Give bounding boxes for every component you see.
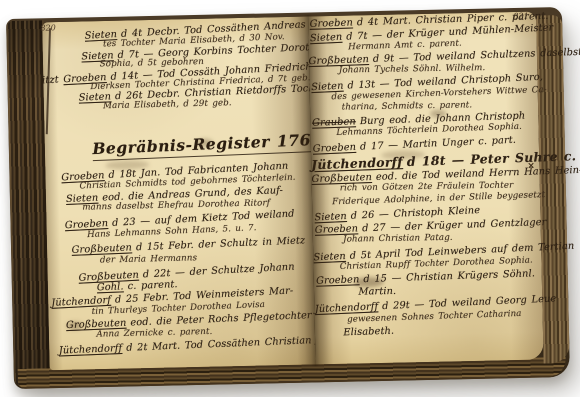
right-page-text: 821 × Groebend 4t Mart. Christian Piper …	[307, 11, 544, 365]
register-entry-line: Maria Elisabeth, d 29t geb.	[103, 99, 232, 112]
register-entry-line: Anna Zernicke c. parent.	[96, 328, 212, 340]
entry-text: d 17 — Martin Unger c. part.	[360, 135, 516, 153]
page-number-left: 820	[40, 23, 56, 32]
entry-text: der Maria Hermanns	[100, 253, 197, 265]
register-entry-line: Johann Christian Patag.	[343, 234, 453, 245]
entry-text: Maria Elisabeth, d 29t geb.	[103, 98, 232, 111]
entry-text: Johann Tychels Söhnl. Wilhelm.	[339, 63, 486, 75]
entry-text: d 15t Febr. der Schultz in Mietz	[136, 235, 306, 253]
place-name: Jütchendorff	[59, 343, 127, 357]
entry-text: c. parent.	[127, 279, 177, 292]
page-heading: Begräbnis-Register 1763	[92, 132, 323, 161]
entry-text: tharina, Schmidts c. parent.	[342, 100, 473, 112]
register-entry-line: Martin.	[358, 287, 396, 298]
photo-background: 820 Sietend 4t Decbr. Tod Cossäthen Andr…	[0, 0, 580, 397]
entry-text: Elisabeth.	[343, 326, 394, 339]
register-entry-line: Elisabeth.	[343, 327, 394, 339]
open-register-book: 820 Sietend 4t Decbr. Tod Cossäthen Andr…	[6, 7, 570, 389]
entry-text: Martin.	[358, 286, 396, 298]
register-entry-line: der Maria Hermanns	[100, 254, 197, 266]
entry-text: Johann Christian Patag.	[343, 233, 453, 245]
left-page: 820 Sietend 4t Decbr. Tod Cossäthen Andr…	[42, 17, 316, 371]
entry-prefix: itzt	[42, 74, 64, 86]
entry-text: Anna Zernicke c. parent.	[96, 327, 212, 340]
right-page: 821 × Groebend 4t Mart. Christian Piper …	[308, 12, 544, 365]
left-page-text: 820 Sietend 4t Decbr. Tod Cossäthen Andr…	[40, 15, 317, 371]
place-name: Großbeuten	[71, 242, 136, 256]
place-name: Gohl.	[97, 281, 128, 293]
register-entry-line: tharina, Schmidts c. parent.	[342, 101, 473, 113]
book-gutter-shadow	[290, 14, 334, 367]
entry-text: d 29t — Tod weiland Georg Leue	[382, 293, 557, 312]
